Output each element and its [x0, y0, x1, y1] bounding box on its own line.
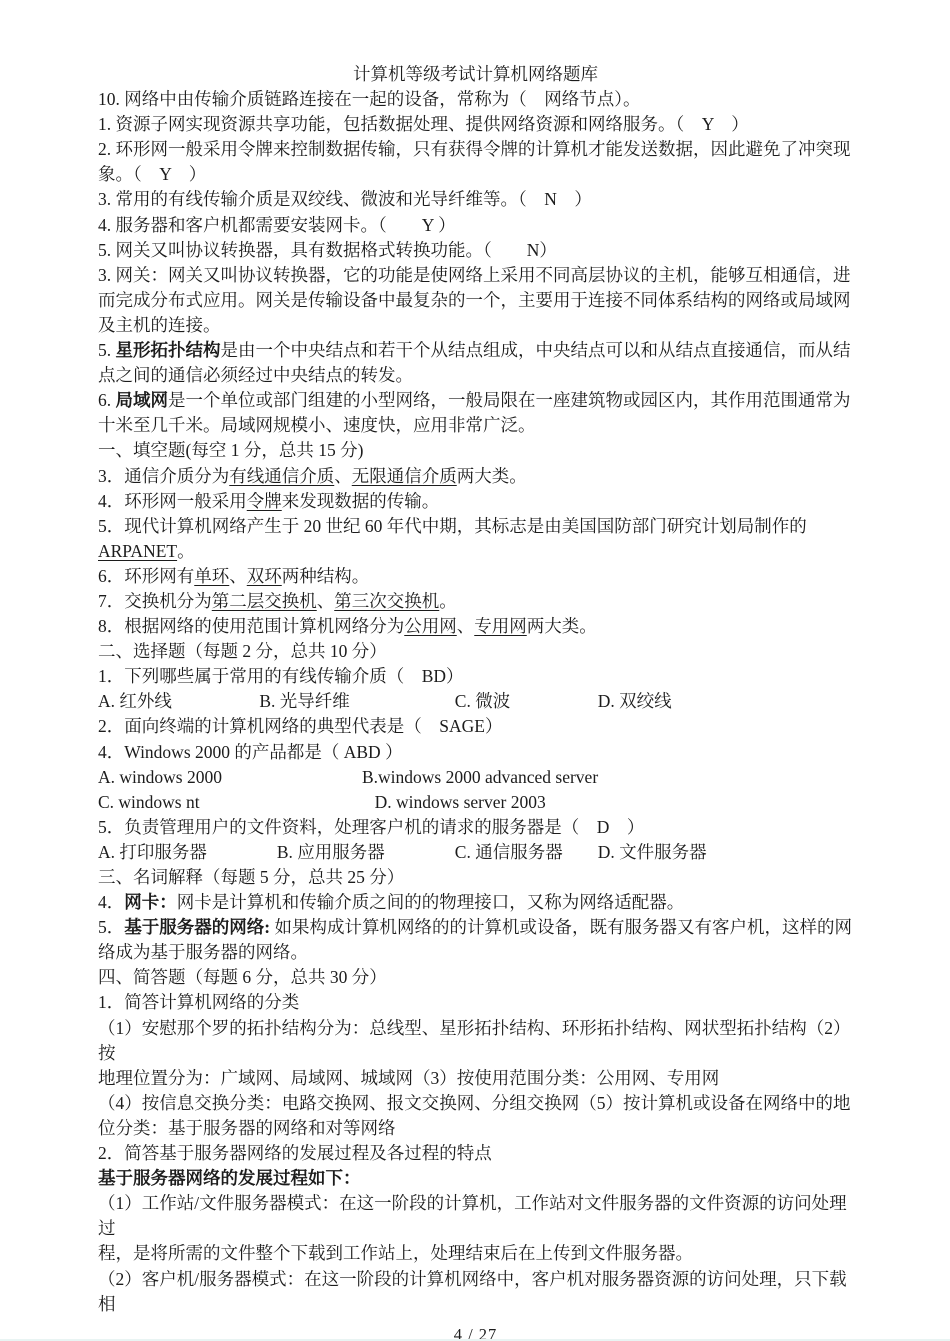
text-line: 5．现代计算机网络产生于 20 世纪 60 年代中期，其标志是由美国国防部门研究… [98, 514, 853, 539]
text-line: 3. 网关：网关又叫协议转换器，它的功能是使网络上采用不同高层协议的主机，能够互… [98, 263, 853, 288]
text-segment: 基于服务器网络的发展过程如下： [98, 1168, 361, 1188]
text-segment: 星形拓扑结构 [116, 340, 221, 360]
text-segment: 5. 网关又叫协议转换器，具有数据格式转换功能。（ N） [98, 240, 557, 260]
text-line: 6．环形网有单环、双环两种结构。 [98, 564, 853, 589]
text-segment: 2. 环形网一般采用令牌来控制数据传输，只有获得令牌的计算机才能发送数据，因此避… [98, 139, 851, 159]
text-line: 5．负责管理用户的文件资料，处理客户机的请求的服务器是（ D ） [98, 815, 853, 840]
text-line: 10. 网络中由传输介质链路连接在一起的设备，常称为（ 网络节点）。 [98, 87, 853, 112]
text-segment: （4）按信息交换分类：电路交换网、报文交换网、分组交换网（5）按计算机或设备在网… [98, 1093, 851, 1113]
text-line: 二、选择题（每题 2 分，总共 10 分） [98, 639, 853, 664]
text-segment: A. 打印服务器 B. 应用服务器 C. 通信服务器 D. 文件服务器 [98, 842, 707, 862]
text-segment: 一、填空题(每空 1 分，总共 15 分) [98, 440, 363, 460]
text-line: 7．交换机分为第二层交换机、第三次交换机。 [98, 589, 853, 614]
text-segment: ARPANET [98, 541, 177, 561]
text-segment: 3. 网关：网关又叫协议转换器，它的功能是使网络上采用不同高层协议的主机，能够互… [98, 265, 851, 285]
page-number: 4 / 27 [98, 1322, 853, 1341]
text-line: A. windows 2000 B.windows 2000 advanced … [98, 765, 853, 790]
text-segment: 有线通信介质 [229, 466, 334, 486]
text-line: 十米至几千米。局域网规模小、速度快，应用非常广泛。 [98, 413, 853, 438]
text-line: 地理位置分为：广域网、局域网、城域网（3）按使用范围分类：公用网、专用网 [98, 1066, 853, 1091]
text-line: 四、简答题（每题 6 分，总共 30 分） [98, 965, 853, 990]
text-segment: 6．环形网有 [98, 566, 194, 586]
text-line: 2. 环形网一般采用令牌来控制数据传输，只有获得令牌的计算机才能发送数据，因此避… [98, 137, 853, 162]
text-line: 4. 服务器和客户机都需要安装网卡。（ Y ） [98, 213, 853, 238]
text-segment: 而完成分布式应用。网关是传输设备中最复杂的一个，主要用于连接不同体系结构的网络或… [98, 290, 851, 310]
text-segment: 3. 常用的有线传输介质是双绞线、微波和光导纤维等。（ N ） [98, 189, 592, 209]
text-line: 而完成分布式应用。网关是传输设备中最复杂的一个，主要用于连接不同体系结构的网络或… [98, 288, 853, 313]
text-segment: 1. 资源子网实现资源共享功能，包括数据处理、提供网络资源和网络服务。（ Y ） [98, 114, 749, 134]
text-line: （4）按信息交换分类：电路交换网、报文交换网、分组交换网（5）按计算机或设备在网… [98, 1091, 853, 1116]
text-segment: 第三次交换机 [334, 591, 439, 611]
text-segment: 令牌 [247, 491, 282, 511]
text-segment: 。 [439, 591, 457, 611]
text-line: A. 打印服务器 B. 应用服务器 C. 通信服务器 D. 文件服务器 [98, 840, 853, 865]
text-line: 1. 资源子网实现资源共享功能，包括数据处理、提供网络资源和网络服务。（ Y ） [98, 112, 853, 137]
text-line: （1）工作站/文件服务器模式：在这一阶段的计算机，工作站对文件服务器的文件资源的… [98, 1191, 853, 1241]
text-segment: A. windows 2000 B.windows 2000 advanced … [98, 767, 598, 787]
text-segment: 地理位置分为：广域网、局域网、城域网（3）按使用范围分类：公用网、专用网 [98, 1068, 719, 1088]
text-segment: 两大类。 [527, 616, 597, 636]
text-segment: 无限通信介质 [352, 466, 457, 486]
text-segment: 1．简答计算机网络的分类 [98, 992, 299, 1012]
text-segment: 点之间的通信必须经过中央结点的转发。 [98, 365, 413, 385]
text-segment: 2．简答基于服务器网络的发展过程及各过程的特点 [98, 1143, 492, 1163]
text-line: （1）安慰那个罗的拓扑结构分为：总线型、星形拓扑结构、环形拓扑结构、网状型拓扑结… [98, 1016, 853, 1066]
text-segment: 5．负责管理用户的文件资料，处理客户机的请求的服务器是（ D ） [98, 817, 644, 837]
text-segment: 单环 [194, 566, 229, 586]
text-segment: 4．环形网一般采用 [98, 491, 247, 511]
text-segment: 基于服务器的网络: [124, 917, 270, 937]
text-segment: 两大类。 [457, 466, 527, 486]
document-body: 10. 网络中由传输介质链路连接在一起的设备，常称为（ 网络节点）。1. 资源子… [98, 87, 853, 1317]
text-line: 位分类：基于服务器的网络和对等网络 [98, 1116, 853, 1141]
text-segment: 第二层交换机 [212, 591, 317, 611]
text-line: A. 红外线 B. 光导纤维 C. 微波 D. 双绞线 [98, 689, 853, 714]
text-segment: 、 [317, 591, 335, 611]
text-segment: 1．下列哪些属于常用的有线传输介质（ BD） [98, 666, 464, 686]
text-segment: （2）客户机/服务器模式：在这一阶段的计算机网络中，客户机对服务器资源的访问处理… [98, 1269, 847, 1314]
text-segment: 如果构成计算机网络的的计算机或设备，既有服务器又有客户机，这样的网 [270, 917, 852, 937]
text-line: 及主机的连接。 [98, 313, 853, 338]
text-line: 一、填空题(每空 1 分，总共 15 分) [98, 438, 853, 463]
text-segment: 、 [229, 566, 247, 586]
text-segment: 双环 [247, 566, 282, 586]
text-line: 2．面向终端的计算机网络的典型代表是（ SAGE） [98, 714, 853, 739]
text-segment: 6. [98, 390, 116, 410]
document-title: 计算机等级考试计算机网络题库 [98, 62, 853, 87]
text-line: （2）客户机/服务器模式：在这一阶段的计算机网络中，客户机对服务器资源的访问处理… [98, 1267, 853, 1317]
text-segment: 三、名词解释（每题 5 分，总共 25 分） [98, 867, 404, 887]
text-line: 4．Windows 2000 的产品都是（ ABD ） [98, 740, 853, 765]
text-line: 2．简答基于服务器网络的发展过程及各过程的特点 [98, 1141, 853, 1166]
text-segment: 是一个单位或部门组建的小型网络，一般局限在一座建筑物或园区内，其作用范围通常为 [168, 390, 851, 410]
document-page: 计算机等级考试计算机网络题库 10. 网络中由传输介质链路连接在一起的设备，常称… [0, 0, 950, 1341]
text-segment: 专用网 [474, 616, 527, 636]
text-segment: 象。（ Y ） [98, 164, 206, 184]
text-line: 象。（ Y ） [98, 162, 853, 187]
text-segment: 络成为基于服务器的网络。 [98, 942, 308, 962]
text-line: 1．下列哪些属于常用的有线传输介质（ BD） [98, 664, 853, 689]
text-line: 3. 常用的有线传输介质是双绞线、微波和光导纤维等。（ N ） [98, 187, 853, 212]
text-segment: 公用网 [404, 616, 457, 636]
text-line: ARPANET。 [98, 539, 853, 564]
text-segment: 、 [457, 616, 475, 636]
text-segment: （1）安慰那个罗的拓扑结构分为：总线型、星形拓扑结构、环形拓扑结构、网状型拓扑结… [98, 1018, 851, 1063]
text-segment: 二、选择题（每题 2 分，总共 10 分） [98, 641, 387, 661]
text-segment: 。 [177, 541, 195, 561]
text-segment: A. 红外线 B. 光导纤维 C. 微波 D. 双绞线 [98, 691, 672, 711]
text-line: 络成为基于服务器的网络。 [98, 940, 853, 965]
text-segment: 来发现数据的传输。 [282, 491, 440, 511]
text-segment: 两种结构。 [282, 566, 370, 586]
text-line: 点之间的通信必须经过中央结点的转发。 [98, 363, 853, 388]
text-line: 5. 星形拓扑结构是由一个中央结点和若干个从结点组成，中央结点可以和从结点直接通… [98, 338, 853, 363]
text-segment: （1）工作站/文件服务器模式：在这一阶段的计算机，工作站对文件服务器的文件资源的… [98, 1193, 847, 1238]
text-segment: 5. [98, 340, 116, 360]
text-segment: 十米至几千米。局域网规模小、速度快，应用非常广泛。 [98, 415, 536, 435]
text-segment: 3．通信介质分为 [98, 466, 229, 486]
text-line: 5．基于服务器的网络: 如果构成计算机网络的的计算机或设备，既有服务器又有客户机… [98, 915, 853, 940]
text-segment: C. windows nt D. windows server 2003 [98, 792, 546, 812]
text-line: 8．根据网络的使用范围计算机网络分为公用网、专用网两大类。 [98, 614, 853, 639]
text-segment: 5．现代计算机网络产生于 20 世纪 60 年代中期，其标志是由美国国防部门研究… [98, 516, 807, 536]
text-line: 4．网卡：网卡是计算机和传输介质之间的的物理接口，又称为网络适配器。 [98, 890, 853, 915]
text-segment: 网卡： [124, 892, 177, 912]
text-segment: 5． [98, 917, 124, 937]
text-segment: 2．面向终端的计算机网络的典型代表是（ SAGE） [98, 716, 502, 736]
text-segment: 是由一个中央结点和若干个从结点组成，中央结点可以和从结点直接通信，而从结 [221, 340, 851, 360]
text-segment: 4. 服务器和客户机都需要安装网卡。（ Y ） [98, 215, 456, 235]
text-line: 1．简答计算机网络的分类 [98, 990, 853, 1015]
text-segment: 7．交换机分为 [98, 591, 212, 611]
text-line: C. windows nt D. windows server 2003 [98, 790, 853, 815]
text-line: 基于服务器网络的发展过程如下： [98, 1166, 853, 1191]
text-line: 3．通信介质分为有线通信介质、无限通信介质两大类。 [98, 464, 853, 489]
text-segment: 8．根据网络的使用范围计算机网络分为 [98, 616, 404, 636]
text-line: 程，是将所需的文件整个下载到工作站上，处理结束后在上传到文件服务器。 [98, 1241, 853, 1266]
text-segment: 及主机的连接。 [98, 315, 221, 335]
text-segment: 网卡是计算机和传输介质之间的的物理接口，又称为网络适配器。 [177, 892, 685, 912]
text-segment: 4．Windows 2000 的产品都是（ ABD ） [98, 742, 403, 762]
text-line: 4．环形网一般采用令牌来发现数据的传输。 [98, 489, 853, 514]
text-line: 5. 网关又叫协议转换器，具有数据格式转换功能。（ N） [98, 238, 853, 263]
text-line: 三、名词解释（每题 5 分，总共 25 分） [98, 865, 853, 890]
text-segment: 位分类：基于服务器的网络和对等网络 [98, 1118, 396, 1138]
text-segment: 四、简答题（每题 6 分，总共 30 分） [98, 967, 387, 987]
text-segment: 、 [334, 466, 352, 486]
text-segment: 4． [98, 892, 124, 912]
text-segment: 程，是将所需的文件整个下载到工作站上，处理结束后在上传到文件服务器。 [98, 1243, 693, 1263]
text-segment: 10. 网络中由传输介质链路连接在一起的设备，常称为（ 网络节点）。 [98, 89, 641, 109]
text-line: 6. 局域网是一个单位或部门组建的小型网络，一般局限在一座建筑物或园区内，其作用… [98, 388, 853, 413]
text-segment: 局域网 [116, 390, 169, 410]
